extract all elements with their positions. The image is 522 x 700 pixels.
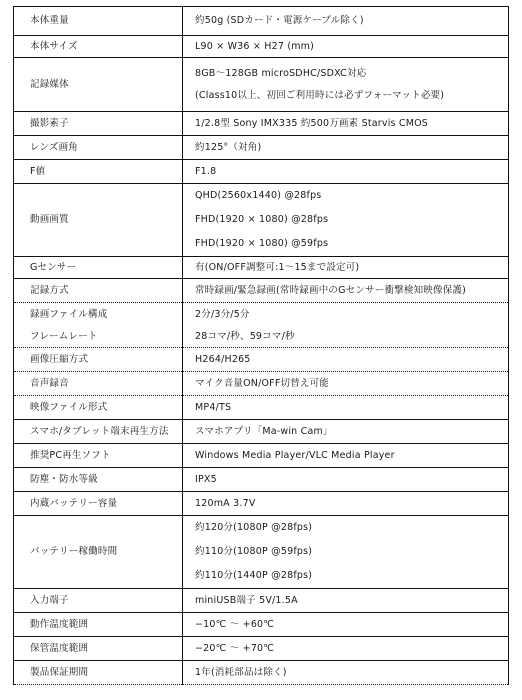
spec-value-line: FHD(1920 × 1080) @59fps bbox=[195, 232, 508, 256]
spec-value: −20℃ 〜 +70℃ bbox=[183, 637, 509, 661]
spec-row-storage-temp: 保管温度範囲 −20℃ 〜 +70℃ bbox=[14, 637, 509, 661]
spec-row-warranty: 製品保証期間 1年(消耗部品は除く) bbox=[14, 661, 509, 685]
spec-value: 1年(消耗部品は除く) bbox=[183, 661, 509, 685]
spec-row-input-terminal: 入力端子 miniUSB端子 5V/1.5A bbox=[14, 589, 509, 613]
spec-value: MP4/TS bbox=[183, 396, 509, 420]
spec-value-line: 約110分(1080P @59fps) bbox=[195, 540, 508, 564]
spec-value: 28コマ/秒、59コマ/秒 bbox=[183, 326, 509, 348]
spec-label: 記録方式 bbox=[14, 279, 183, 303]
spec-label: 動画画質 bbox=[14, 184, 183, 257]
spec-value: 1/2.8型 Sony IMX335 約500万画素 Starvis CMOS bbox=[183, 112, 509, 136]
spec-row-angle: レンズ画角 約125°（対角) bbox=[14, 136, 509, 160]
spec-value: −10℃ 〜 +60℃ bbox=[183, 613, 509, 637]
spec-value: マイク音量ON/OFF切替え可能 bbox=[183, 372, 509, 396]
spec-label: フレームレート bbox=[14, 326, 183, 348]
spec-row-fvalue: F値 F1.8 bbox=[14, 160, 509, 184]
spec-label: 動作温度範囲 bbox=[14, 613, 183, 637]
spec-value: スマホアプリ「Ma-win Cam」 bbox=[183, 420, 509, 444]
spec-table: 本体重量 約50g (SDカード・電源ケーブル除く) 本体サイズ L90 × W… bbox=[13, 6, 509, 685]
spec-label: 防塵・防水等級 bbox=[14, 468, 183, 492]
spec-value: miniUSB端子 5V/1.5A bbox=[183, 589, 509, 613]
spec-row-size: 本体サイズ L90 × W36 × H27 (mm) bbox=[14, 36, 509, 58]
spec-value-line: (Class10以上、初回ご利用時には必ずフォーマット必要) bbox=[195, 85, 508, 107]
spec-row-file-format: 映像ファイル形式 MP4/TS bbox=[14, 396, 509, 420]
spec-value: H264/H265 bbox=[183, 348, 509, 372]
spec-label: 入力端子 bbox=[14, 589, 183, 613]
spec-row-smartphone-playback: スマホ/タブレット端末再生方法 スマホアプリ「Ma-win Cam」 bbox=[14, 420, 509, 444]
spec-label: スマホ/タブレット端末再生方法 bbox=[14, 420, 183, 444]
spec-value: 120mA 3.7V bbox=[183, 492, 509, 516]
spec-row-gsensor: Gセンサー 有(ON/OFF調整可:1〜15まで設定可) bbox=[14, 257, 509, 279]
spec-value: IPX5 bbox=[183, 468, 509, 492]
spec-value: F1.8 bbox=[183, 160, 509, 184]
spec-value: 2分/3分/5分 bbox=[183, 303, 509, 327]
spec-row-battery-time: バッテリー稼働時間 約120分(1080P @28fps) 約110分(1080… bbox=[14, 516, 509, 589]
spec-label: 撮影素子 bbox=[14, 112, 183, 136]
spec-value-line: 約120分(1080P @28fps) bbox=[195, 516, 508, 540]
spec-row-media: 記録媒体 8GB〜128GB microSDHC/SDXC対応 (Class10… bbox=[14, 58, 509, 112]
spec-label: 本体サイズ bbox=[14, 36, 183, 58]
spec-label: F値 bbox=[14, 160, 183, 184]
spec-label: 本体重量 bbox=[14, 7, 183, 36]
spec-label: 製品保証期間 bbox=[14, 661, 183, 685]
spec-label: 推奨PC再生ソフト bbox=[14, 444, 183, 468]
spec-label: 録画ファイル構成 bbox=[14, 303, 183, 327]
spec-row-compression: 画像圧縮方式 H264/H265 bbox=[14, 348, 509, 372]
spec-label: 内蔵バッテリー容量 bbox=[14, 492, 183, 516]
spec-row-sensor: 撮影素子 1/2.8型 Sony IMX335 約500万画素 Starvis … bbox=[14, 112, 509, 136]
spec-label: 画像圧縮方式 bbox=[14, 348, 183, 372]
spec-value: 約50g (SDカード・電源ケーブル除く) bbox=[183, 7, 509, 36]
spec-value: 約120分(1080P @28fps) 約110分(1080P @59fps) … bbox=[183, 516, 509, 589]
spec-row-file-structure: 録画ファイル構成 2分/3分/5分 bbox=[14, 303, 509, 327]
spec-label: 映像ファイル形式 bbox=[14, 396, 183, 420]
spec-label: 音声録音 bbox=[14, 372, 183, 396]
spec-row-pc-software: 推奨PC再生ソフト Windows Media Player/VLC Media… bbox=[14, 444, 509, 468]
spec-value-line: QHD(2560x1440) @28fps bbox=[195, 184, 508, 208]
spec-label: Gセンサー bbox=[14, 257, 183, 279]
spec-value: L90 × W36 × H27 (mm) bbox=[183, 36, 509, 58]
spec-row-audio: 音声録音 マイク音量ON/OFF切替え可能 bbox=[14, 372, 509, 396]
spec-row-framerate: フレームレート 28コマ/秒、59コマ/秒 bbox=[14, 326, 509, 348]
spec-row-video-quality: 動画画質 QHD(2560x1440) @28fps FHD(1920 × 10… bbox=[14, 184, 509, 257]
spec-value: Windows Media Player/VLC Media Player bbox=[183, 444, 509, 468]
spec-row-recording-mode: 記録方式 常時録画/緊急録画(常時録画中のGセンサー衝撃検知映像保護) bbox=[14, 279, 509, 303]
spec-label: レンズ画角 bbox=[14, 136, 183, 160]
spec-row-weight: 本体重量 約50g (SDカード・電源ケーブル除く) bbox=[14, 7, 509, 36]
spec-value: 8GB〜128GB microSDHC/SDXC対応 (Class10以上、初回… bbox=[183, 58, 509, 112]
spec-value: 約125°（対角) bbox=[183, 136, 509, 160]
spec-row-waterproof: 防塵・防水等級 IPX5 bbox=[14, 468, 509, 492]
spec-row-battery-capacity: 内蔵バッテリー容量 120mA 3.7V bbox=[14, 492, 509, 516]
spec-value-line: 8GB〜128GB microSDHC/SDXC対応 bbox=[195, 63, 508, 85]
spec-value-line: FHD(1920 × 1080) @28fps bbox=[195, 208, 508, 232]
spec-label: 保管温度範囲 bbox=[14, 637, 183, 661]
spec-label: 記録媒体 bbox=[14, 58, 183, 112]
spec-value: QHD(2560x1440) @28fps FHD(1920 × 1080) @… bbox=[183, 184, 509, 257]
spec-value-line: 約110分(1440P @28fps) bbox=[195, 564, 508, 588]
spec-value: 常時録画/緊急録画(常時録画中のGセンサー衝撃検知映像保護) bbox=[183, 279, 509, 303]
spec-value: 有(ON/OFF調整可:1〜15まで設定可) bbox=[183, 257, 509, 279]
spec-label: バッテリー稼働時間 bbox=[14, 516, 183, 589]
spec-row-operating-temp: 動作温度範囲 −10℃ 〜 +60℃ bbox=[14, 613, 509, 637]
